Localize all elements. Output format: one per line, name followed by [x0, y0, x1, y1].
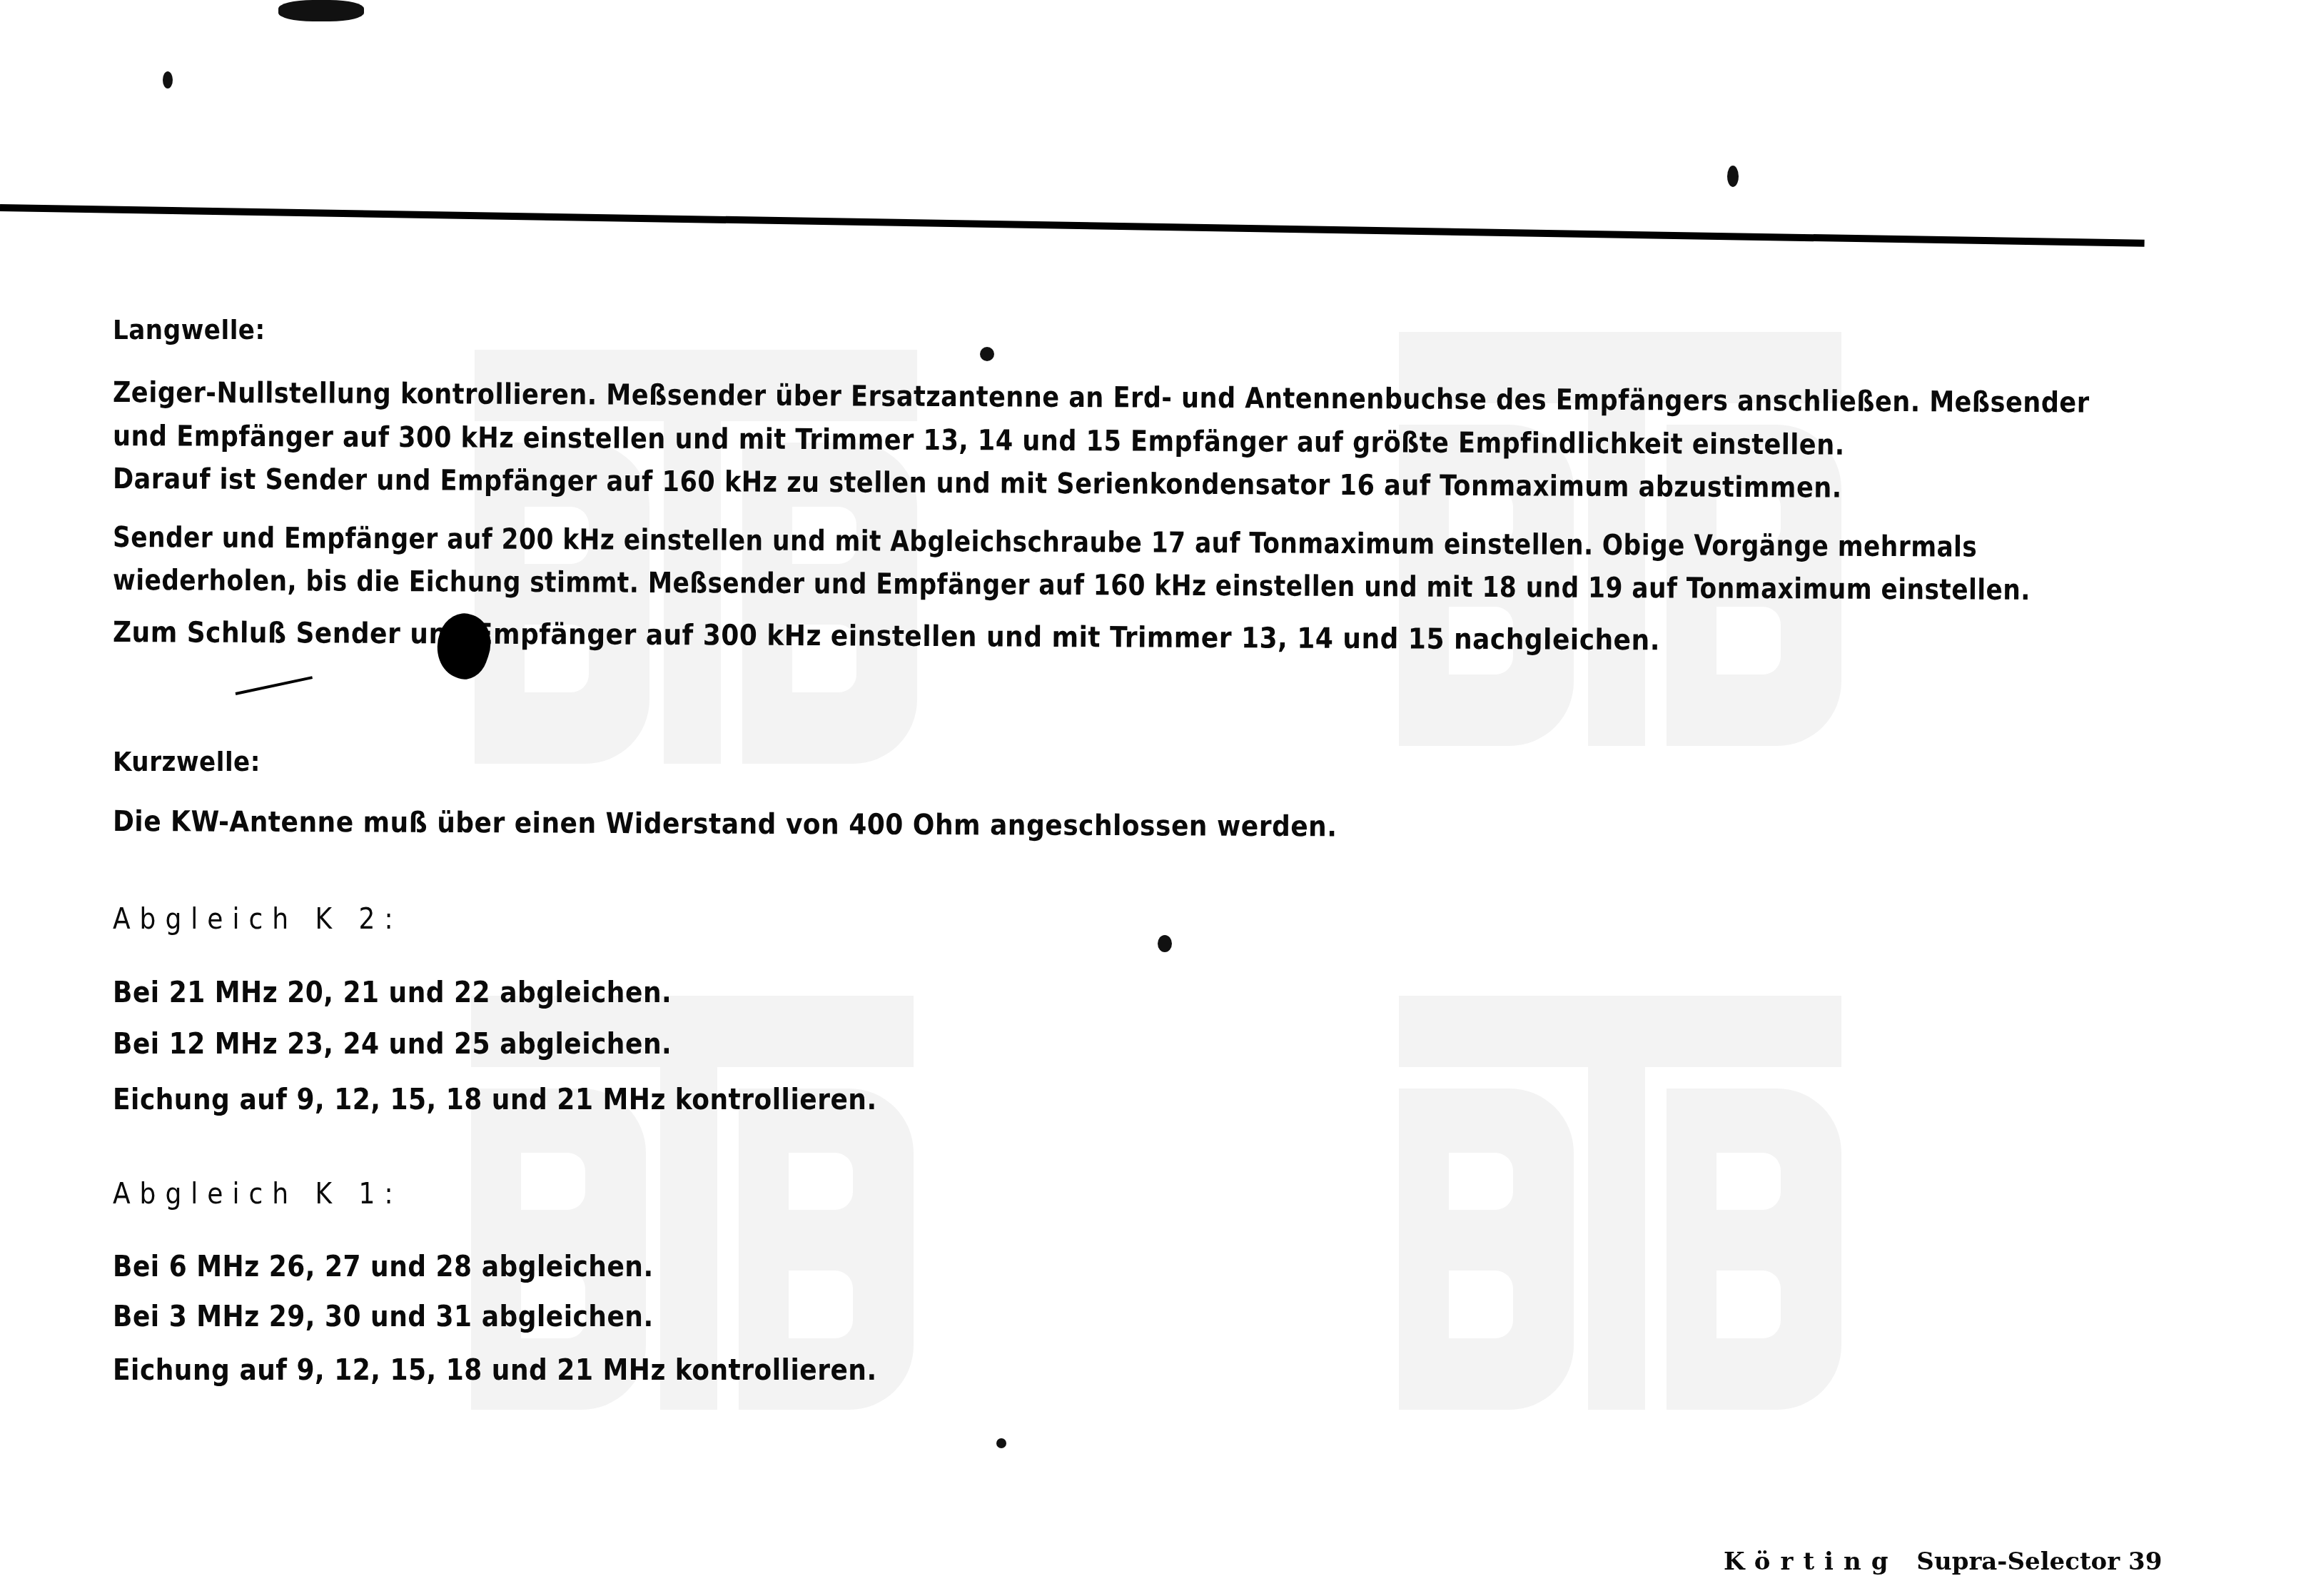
list-line: Eichung auf 9, 12, 15, 18 und 21 MHz kon…	[113, 1354, 877, 1387]
scan-speck	[163, 71, 173, 89]
scan-speck	[980, 347, 994, 361]
subsection-heading-k1: Abgleich K 1:	[113, 1178, 403, 1211]
scan-speck	[1158, 935, 1172, 952]
subsection-heading-k2: Abgleich K 2:	[113, 903, 403, 936]
list-line: Eichung auf 9, 12, 15, 18 und 21 MHz kon…	[113, 1084, 877, 1116]
scan-speck	[1727, 166, 1739, 187]
paragraph-line: Die KW-Antenne muß über einen Widerstand…	[113, 805, 1338, 843]
scan-stroke	[236, 676, 313, 695]
section-heading-langwelle: Langwelle:	[113, 314, 266, 345]
list-line: Bei 3 MHz 29, 30 und 31 abgleichen.	[113, 1300, 654, 1333]
list-line: Bei 21 MHz 20, 21 und 22 abgleichen.	[113, 976, 672, 1009]
footer-brand: Körting	[1724, 1547, 1898, 1576]
list-line: Bei 12 MHz 23, 24 und 25 abgleichen.	[113, 1028, 672, 1061]
list-line: Bei 6 MHz 26, 27 und 28 abgleichen.	[113, 1251, 654, 1283]
horizontal-rule	[0, 204, 2145, 247]
footer-model: Supra-Selector	[1916, 1547, 2120, 1576]
section-heading-kurzwelle: Kurzwelle:	[113, 746, 261, 777]
page-number: 39	[2128, 1547, 2162, 1576]
page-footer: Körting Supra-Selector 39	[1724, 1547, 2162, 1576]
scan-speck	[278, 0, 364, 21]
scan-speck	[996, 1438, 1006, 1448]
watermark-logo	[1399, 996, 1841, 1410]
